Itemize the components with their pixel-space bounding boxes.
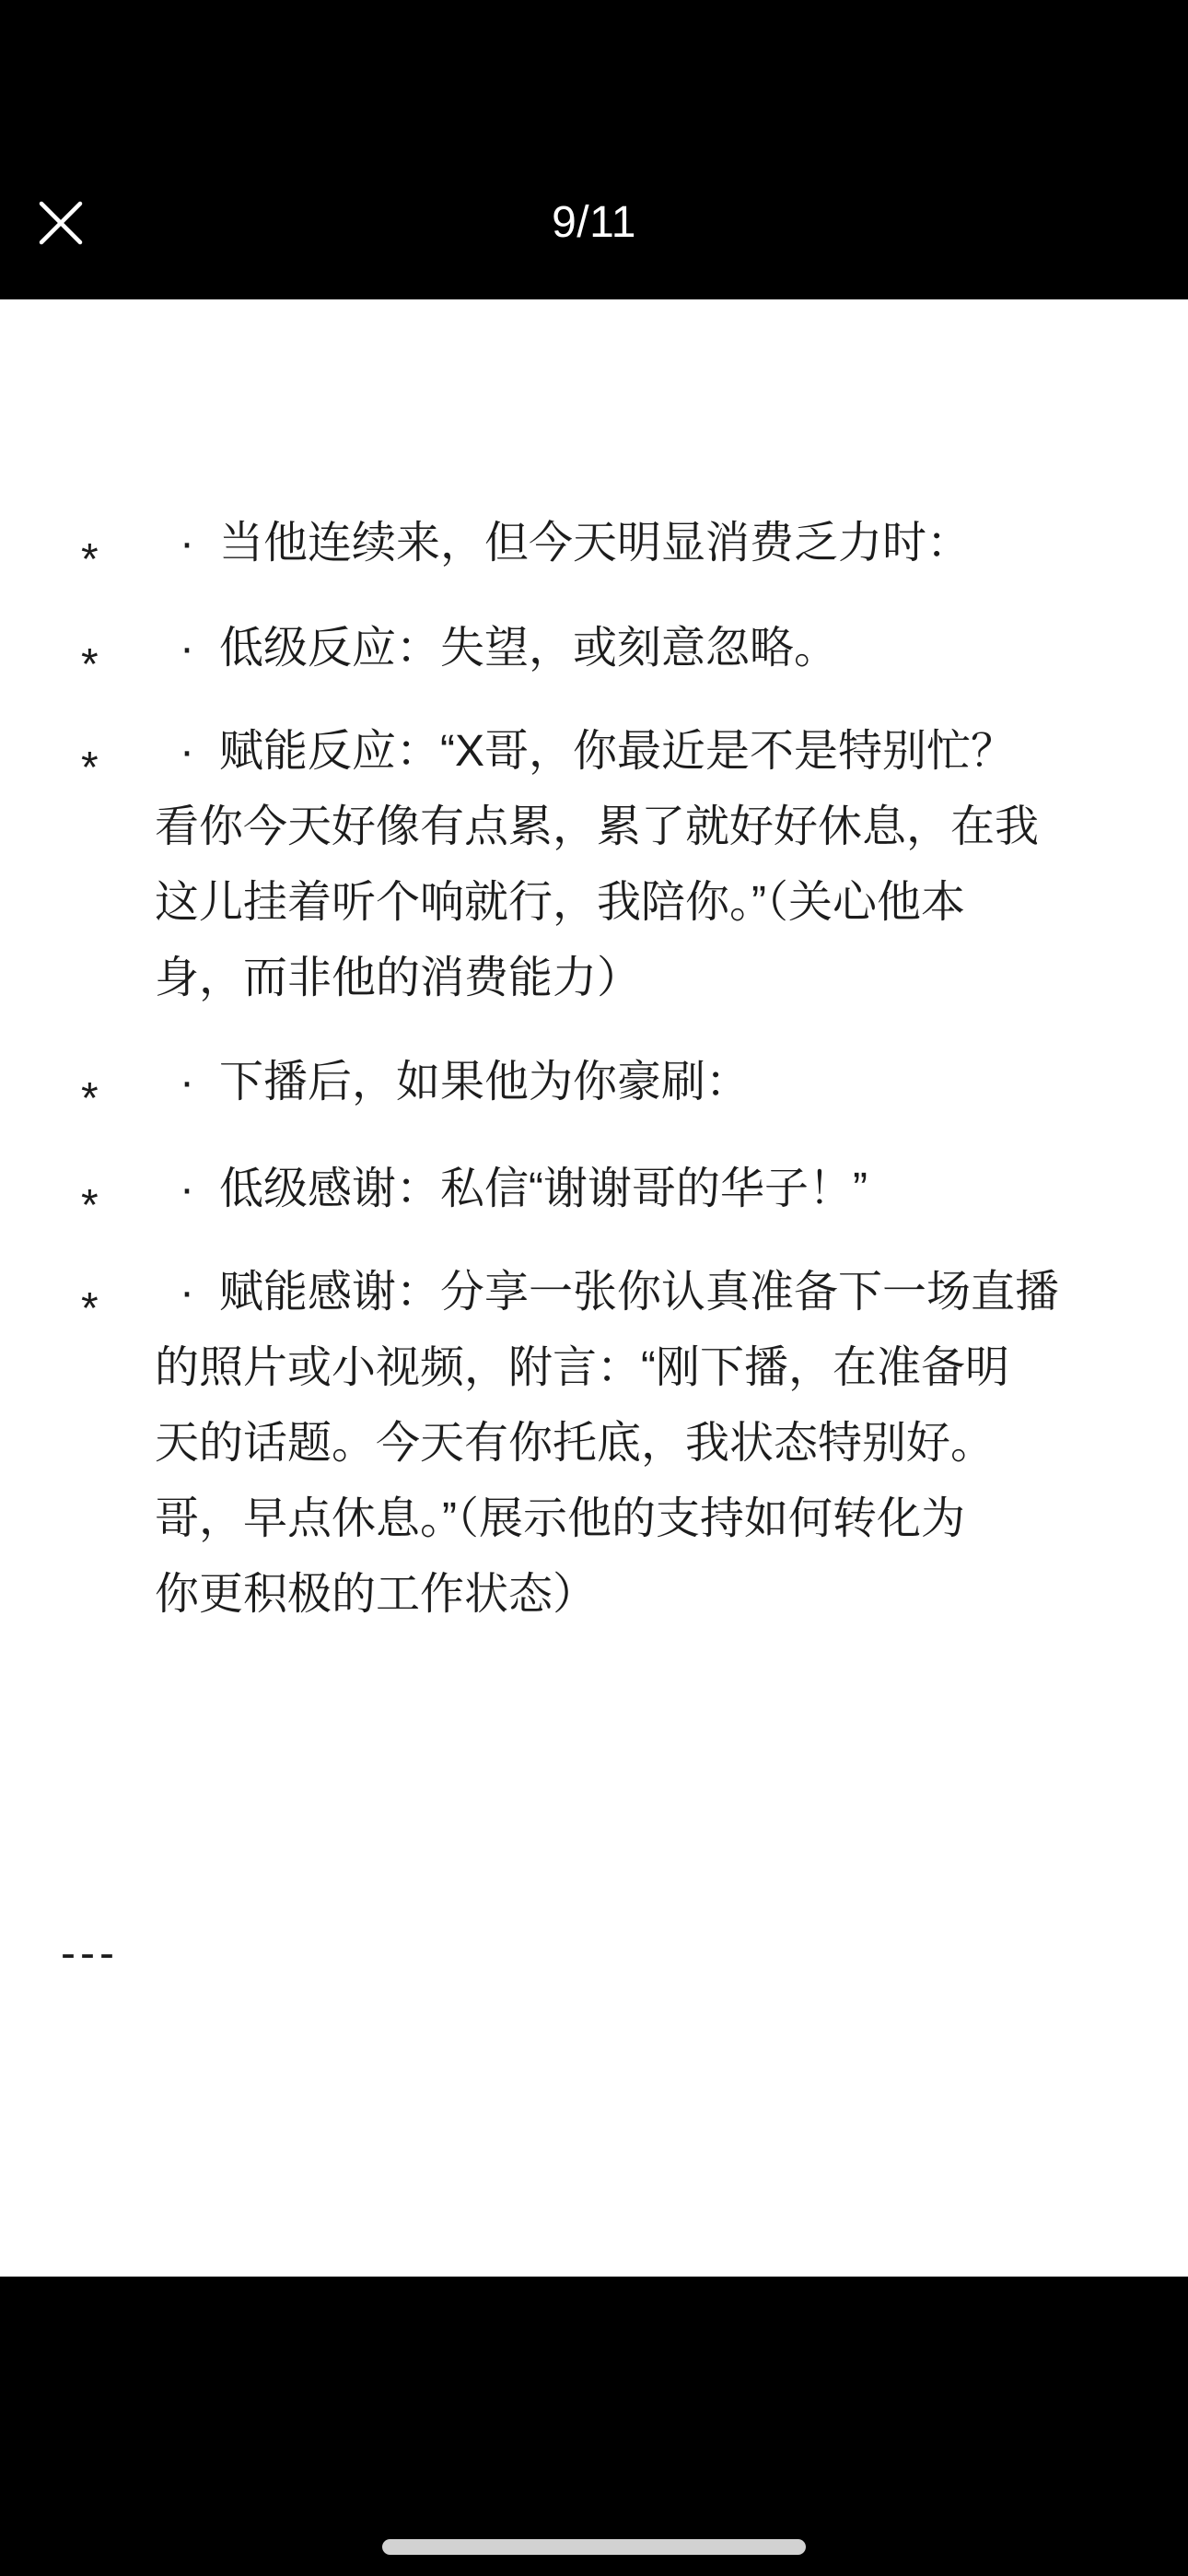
bullet-dot: · xyxy=(155,1152,219,1227)
bottom-bar xyxy=(0,2277,1188,2576)
list-item: *·下播后，如果他为你豪刷： xyxy=(81,1045,1103,1120)
list-marker: * xyxy=(81,731,99,806)
text-line: 看你今天好像有点累，累了就好好休息，在我 xyxy=(155,790,1103,865)
text-line: ·下播后，如果他为你豪刷： xyxy=(155,1045,1103,1120)
bullet-dot: · xyxy=(155,506,219,581)
list-item-body: ·赋能感谢：分享一张你认真准备下一场直播的照片或小视频，附言：“刚下播，在准备明… xyxy=(155,1255,1103,1633)
viewer-header: 9/11 xyxy=(0,0,1188,299)
text-line: ·低级感谢：私信“谢谢哥的华子！” xyxy=(155,1152,1103,1227)
text-line: ·赋能反应：“X哥，你最近是不是特别忙？ xyxy=(155,714,1103,790)
bullet-dot: · xyxy=(155,611,219,686)
list-item: *·当他连续来，但今天明显消费乏力时： xyxy=(81,506,1103,581)
page-indicator: 9/11 xyxy=(0,197,1188,249)
text-line: 哥，早点休息。”（展示他的支持如何转化为 xyxy=(155,1481,1103,1557)
screen: 9/11 *·当他连续来，但今天明显消费乏力时：*·低级反应：失望，或刻意忽略。… xyxy=(0,0,1188,2576)
list-item-body: ·当他连续来，但今天明显消费乏力时： xyxy=(155,506,1103,581)
list-marker: * xyxy=(81,627,99,703)
list-marker: * xyxy=(81,1271,99,1347)
text-line: ·低级反应：失望，或刻意忽略。 xyxy=(155,611,1103,686)
list-marker: * xyxy=(81,1061,99,1137)
list-item-body: ·赋能反应：“X哥，你最近是不是特别忙？看你今天好像有点累，累了就好好休息，在我… xyxy=(155,714,1103,1016)
list-item: *·赋能反应：“X哥，你最近是不是特别忙？看你今天好像有点累，累了就好好休息，在… xyxy=(81,714,1103,1016)
list-item: *·赋能感谢：分享一张你认真准备下一场直播的照片或小视频，附言：“刚下播，在准备… xyxy=(81,1255,1103,1633)
text-line: 身，而非他的消费能力） xyxy=(155,941,1103,1016)
list-item-body: ·下播后，如果他为你豪刷： xyxy=(155,1045,1103,1120)
home-indicator[interactable] xyxy=(382,2539,806,2555)
text-line: 的照片或小视频，附言：“刚下播，在准备明 xyxy=(155,1330,1103,1406)
divider-text: --- xyxy=(61,1916,119,1992)
text-line: 你更积极的工作状态） xyxy=(155,1557,1103,1633)
document-content[interactable]: *·当他连续来，但今天明显消费乏力时：*·低级反应：失望，或刻意忽略。*·赋能反… xyxy=(0,299,1188,2277)
list-item: *·低级反应：失望，或刻意忽略。 xyxy=(81,611,1103,686)
text-line: ·当他连续来，但今天明显消费乏力时： xyxy=(155,506,1103,581)
bullet-dot: · xyxy=(155,1045,219,1120)
list-item: *·低级感谢：私信“谢谢哥的华子！” xyxy=(81,1152,1103,1227)
bullet-dot: · xyxy=(155,714,219,790)
text-line: 天的话题。今天有你托底，我状态特别好。 xyxy=(155,1406,1103,1481)
list-item-body: ·低级感谢：私信“谢谢哥的华子！” xyxy=(155,1152,1103,1227)
list-item-body: ·低级反应：失望，或刻意忽略。 xyxy=(155,611,1103,686)
text-line: ·赋能感谢：分享一张你认真准备下一场直播 xyxy=(155,1255,1103,1330)
list-marker: * xyxy=(81,1168,99,1244)
text-line: 这儿挂着听个响就行，我陪你。”（关心他本 xyxy=(155,865,1103,941)
list-marker: * xyxy=(81,522,99,598)
bullet-dot: · xyxy=(155,1255,219,1330)
